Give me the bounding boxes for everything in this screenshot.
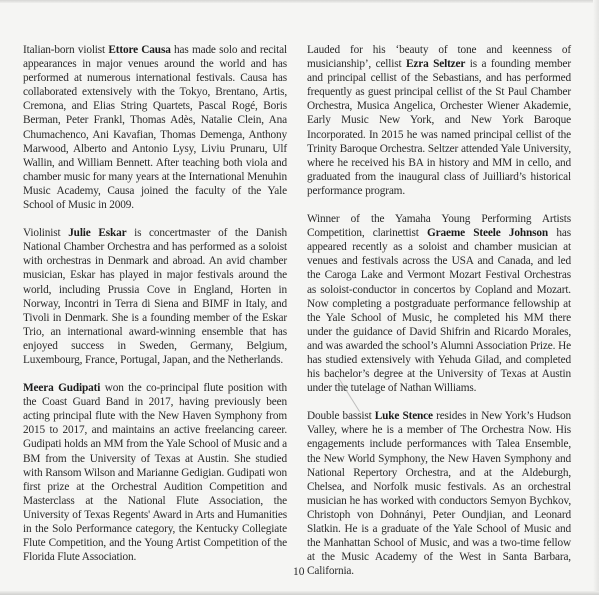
musician-name: Luke Stence	[375, 410, 433, 422]
bio-text-body: has made solo and recital appearances in…	[23, 44, 287, 211]
bio-paragraph-meera-gudipati: Meera Gudipati won the co-principal flut…	[23, 381, 287, 564]
page-top-edge	[0, 0, 599, 3]
musician-name: Meera Gudipati	[23, 382, 100, 394]
musician-name: Graeme Steele Johnson	[427, 227, 548, 239]
right-column: Lauded for his ‘beauty of tone and keenn…	[307, 43, 571, 592]
bio-paragraph-graeme-steele-johnson: Winner of the Yamaha Young Performing Ar…	[307, 212, 571, 395]
bio-paragraph-ezra-seltzer: Lauded for his ‘beauty of tone and keenn…	[307, 43, 571, 198]
page-number: 10	[293, 566, 305, 578]
bio-text-body: has appeared recently as a soloist and c…	[307, 227, 571, 394]
bio-text-body: is concertmaster of the Danish National …	[23, 227, 287, 366]
musician-name: Ezra Seltzer	[406, 58, 465, 70]
musician-name: Julie Eskar	[68, 227, 126, 239]
musician-name: Ettore Causa	[108, 44, 170, 56]
left-column: Italian-born violist Ettore Causa has ma…	[23, 43, 287, 578]
page-right-edge	[593, 0, 599, 595]
bio-text-body: is a founding member and principal celli…	[307, 58, 571, 197]
bio-text-body: won the co-principal flute position with…	[23, 382, 287, 563]
bio-text-lead: Double bassist	[307, 410, 375, 422]
bio-paragraph-ettore-causa: Italian-born violist Ettore Causa has ma…	[23, 43, 287, 212]
bio-paragraph-luke-stence: Double bassist Luke Stence resides in Ne…	[307, 409, 571, 578]
bio-text-lead: Violinist	[23, 227, 68, 239]
bio-text-body: resides in New York’s Hudson Valley, whe…	[307, 410, 571, 577]
page-bottom-edge	[0, 591, 599, 595]
bio-text-lead: Italian-born violist	[23, 44, 108, 56]
bio-paragraph-julie-eskar: Violinist Julie Eskar is concertmaster o…	[23, 226, 287, 367]
